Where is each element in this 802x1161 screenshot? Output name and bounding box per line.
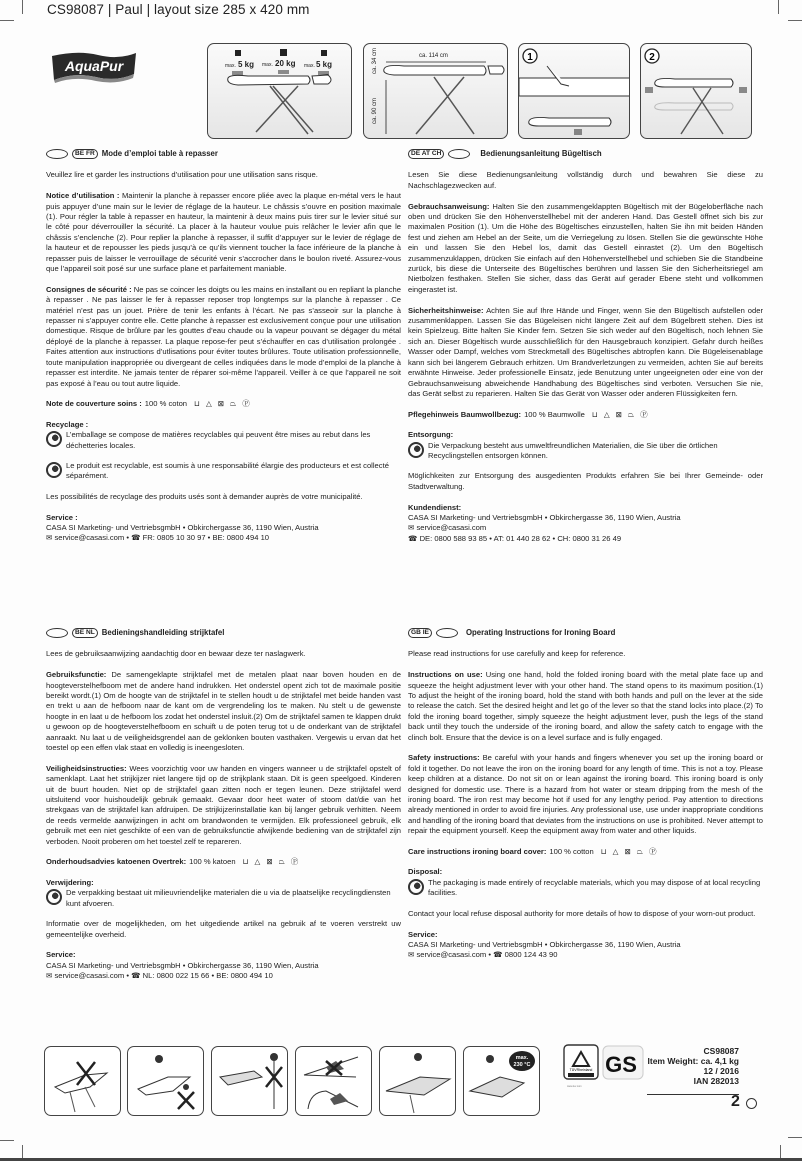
crop-mark <box>22 1145 23 1159</box>
country-code-badge: BE FR <box>72 149 98 159</box>
section-french: BE FR Mode d’emploi table à repasser Veu… <box>46 149 401 544</box>
wash-30-icon: ⊔ <box>194 399 200 409</box>
language-oval-icon <box>46 628 68 638</box>
figure-step-1: 1 <box>518 43 630 139</box>
dry-clean-p-icon: Ⓟ <box>291 857 299 867</box>
pictogram-no-sitting <box>44 1046 121 1116</box>
section-title: BE FR Mode d’emploi table à repasser <box>46 149 401 159</box>
date: 12 / 2016 <box>647 1066 739 1076</box>
no-tumble-dry-icon: ⊠ <box>266 857 272 867</box>
dry-clean-p-icon: Ⓟ <box>242 399 250 409</box>
document-header: CS98087 | Paul | layout size 285 x 420 m… <box>47 2 310 17</box>
no-bleach-icon: △ <box>255 857 261 867</box>
recycling-item: Le produit est recyclable, est soumis à … <box>46 461 401 482</box>
section-title: DE AT CH Bedienungsanleitung Bügeltisch <box>408 149 763 159</box>
service-contact: ✉ service@casasi.com • ☎ FR: 0805 10 30 … <box>46 533 401 543</box>
section-dutch: BE NL Bedieningshandleiding strijktafel … <box>46 628 401 982</box>
intro-text: Veuillez lire et garder les instructions… <box>46 170 401 180</box>
iron-icon: ⏢ <box>628 410 634 420</box>
no-bleach-icon: △ <box>604 410 610 420</box>
usage-paragraph: Instructions on use: Using one hand, hol… <box>408 670 763 743</box>
svg-text:20 kg: 20 kg <box>275 59 296 68</box>
no-bleach-icon: △ <box>613 847 619 857</box>
iron-icon: ⏢ <box>637 847 643 857</box>
section-title: GB IE Operating Instructions for Ironing… <box>408 628 763 638</box>
recycling-item: L’emballage se compose de matières recyc… <box>46 430 401 451</box>
page-circle-icon <box>746 1098 757 1109</box>
item-weight: Item Weight: ca. 4,1 kg <box>647 1056 739 1066</box>
aquapur-logo: AquaPur <box>48 50 140 86</box>
svg-text:230 °C: 230 °C <box>514 1062 531 1068</box>
service-company: CASA SI Marketing- und VertriebsgmbH • O… <box>46 523 401 533</box>
svg-text:5 kg: 5 kg <box>238 60 254 69</box>
crop-mark <box>22 0 23 14</box>
usage-paragraph: Gebruiksfunctie: De samengeklapte strijk… <box>46 670 401 753</box>
safety-paragraph: Safety instructions: Be careful with you… <box>408 753 763 836</box>
care-symbols: ⊔△⊠⏢Ⓟ <box>592 410 648 420</box>
crop-mark <box>0 1140 14 1141</box>
dry-clean-p-icon: Ⓟ <box>640 410 648 420</box>
care-symbols: ⊔△⊠⏢Ⓟ <box>243 857 299 867</box>
crop-mark <box>778 0 779 14</box>
recycling-item: The packaging is made entirely of recycl… <box>408 878 763 899</box>
green-dot-recycle-icon <box>46 889 62 905</box>
figure-load-limits: max. 5 kg max. 20 kg max. 5 kg <box>207 43 352 139</box>
dry-clean-p-icon: Ⓟ <box>649 847 657 857</box>
pictogram-keep-children-away <box>127 1046 204 1116</box>
pictogram-iron-rest <box>295 1046 372 1116</box>
no-tumble-dry-icon: ⊠ <box>218 399 224 409</box>
no-bleach-icon: △ <box>206 399 212 409</box>
country-code-badge: BE NL <box>72 628 98 638</box>
iron-icon: ⏢ <box>230 399 236 409</box>
svg-text:ca. 90 cm: ca. 90 cm <box>372 98 378 124</box>
svg-text:TÜVRheinland: TÜVRheinland <box>570 1068 593 1072</box>
svg-text:GS: GS <box>605 1052 637 1077</box>
safety-paragraph: Veiligheidsinstructies: Wees voorzichtig… <box>46 764 401 847</box>
pictogram-max-temperature: max.230 °C <box>463 1046 540 1116</box>
green-dot-recycle-icon <box>408 442 424 458</box>
svg-text:www.tuv.com: www.tuv.com <box>567 1085 582 1088</box>
no-tumble-dry-icon: ⊠ <box>625 847 631 857</box>
care-symbols: ⊔△⊠⏢Ⓟ <box>194 399 250 409</box>
svg-text:max.: max. <box>516 1055 529 1061</box>
svg-text:1: 1 <box>527 52 533 63</box>
certification-logos: TÜVRheinland GS www.tuv.com <box>563 1044 647 1098</box>
care-line: Note de couverture soins :100 % coton ⊔△… <box>46 399 401 409</box>
svg-text:AquaPur: AquaPur <box>64 58 125 74</box>
safety-paragraph: Sicherheitshinweise: Achten Sie auf Ihre… <box>408 306 763 400</box>
language-oval-icon <box>46 149 68 159</box>
care-line: Care instructions ironing board cover:10… <box>408 847 763 857</box>
recycling-item: Die Verpackung besteht aus umweltfreundl… <box>408 441 763 462</box>
usage-paragraph: Gebrauchsanweisung: Halten Sie den zusam… <box>408 202 763 296</box>
wash-30-icon: ⊔ <box>592 410 598 420</box>
model-number: CS98087 <box>647 1046 739 1056</box>
wash-30-icon: ⊔ <box>601 847 607 857</box>
crop-mark <box>0 20 14 21</box>
country-code-badge: GB IE <box>408 628 432 638</box>
section-german: DE AT CH Bedienungsanleitung Bügeltisch … <box>408 149 763 544</box>
usage-paragraph: Notice d’utilisation : Maintenir la plan… <box>46 191 401 274</box>
care-line: Pflegehinweis Baumwollbezug:100 % Baumwo… <box>408 410 763 420</box>
language-oval-icon <box>436 628 458 638</box>
svg-text:ca. 34 cm: ca. 34 cm <box>372 48 378 74</box>
product-info: CS98087 Item Weight: ca. 4,1 kg 12 / 201… <box>647 1046 739 1095</box>
svg-text:max.: max. <box>225 63 236 69</box>
ian-number: IAN 282013 <box>647 1076 739 1086</box>
crop-mark <box>780 1145 781 1159</box>
svg-text:max.: max. <box>304 63 315 69</box>
divider <box>647 1094 739 1095</box>
svg-text:5 kg: 5 kg <box>316 60 332 69</box>
iron-icon: ⏢ <box>279 857 285 867</box>
crop-mark <box>788 20 802 21</box>
recycling-item: De verpakking bestaat uit milieuvriendel… <box>46 888 401 909</box>
wash-30-icon: ⊔ <box>243 857 249 867</box>
language-oval-icon <box>448 149 470 159</box>
crop-mark <box>788 1137 802 1138</box>
country-code-badge: DE AT CH <box>408 149 444 159</box>
svg-text:max.: max. <box>262 62 273 68</box>
section-title: BE NL Bedieningshandleiding strijktafel <box>46 628 401 638</box>
svg-text:ca. 114 cm: ca. 114 cm <box>419 53 448 59</box>
safety-paragraph: Consignes de sécurité : Ne pas se coince… <box>46 285 401 389</box>
figure-step-2: 2 <box>640 43 752 139</box>
triman-recycle-icon <box>46 462 62 478</box>
green-dot-recycle-icon <box>46 431 62 447</box>
green-dot-recycle-icon <box>408 879 424 895</box>
figure-dimensions: ca. 34 cm ca. 90 cm ca. 114 cm <box>363 43 508 139</box>
pictogram-ironing-position <box>379 1046 456 1116</box>
pictogram-no-leaning <box>211 1046 288 1116</box>
svg-text:2: 2 <box>649 52 655 63</box>
section-english: GB IE Operating Instructions for Ironing… <box>408 628 763 961</box>
page-number: 2 <box>731 1093 740 1111</box>
no-tumble-dry-icon: ⊠ <box>616 410 622 420</box>
care-symbols: ⊔△⊠⏢Ⓟ <box>601 847 657 857</box>
care-line: Onderhoudsadvies katoenen Overtrek:100 %… <box>46 857 401 867</box>
